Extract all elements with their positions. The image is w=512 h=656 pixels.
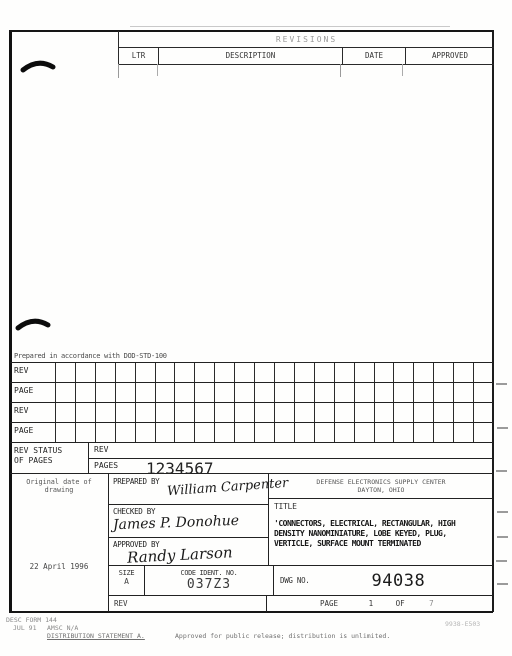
agency-name: DEFENSE ELECTRONICS SUPPLY CENTER <box>269 478 493 486</box>
grid-cell <box>374 423 394 443</box>
grid-cell <box>194 383 214 403</box>
grid-cell <box>393 363 413 383</box>
grid-cell <box>174 363 194 383</box>
scanned-drawing-page: REVISIONS LTR DESCRIPTION DATE APPROVED … <box>0 0 512 656</box>
size-cell: SIZE A <box>109 566 145 595</box>
grid-cell <box>314 403 334 423</box>
grid-cell <box>194 423 214 443</box>
bottom-rev-label: REV <box>109 596 267 612</box>
approved-by-cell: APPROVED BY Randy Larson <box>108 537 268 565</box>
original-date-label-line1: Original date of <box>10 478 108 486</box>
page-number-cell: 4 <box>175 459 185 473</box>
rev-grid-row: PAGE <box>10 422 493 443</box>
scan-dash <box>496 560 507 562</box>
distribution-statement-label: DISTRIBUTION STATEMENT A. <box>47 632 145 640</box>
grid-cell <box>334 363 354 383</box>
grid-cell <box>274 383 294 403</box>
grid-cell <box>354 403 374 423</box>
drawing-title-line1: 'CONNECTORS, ELECTRICAL, RECTANGULAR, HI… <box>274 519 493 529</box>
grid-cell <box>174 423 194 443</box>
form-date: JUL 91 <box>13 624 36 632</box>
page-number-cell: 1 <box>146 459 156 473</box>
grid-cell <box>75 423 95 443</box>
grid-cell <box>413 363 433 383</box>
revisions-title: REVISIONS <box>276 35 337 44</box>
grid-cell <box>254 403 274 423</box>
bottom-rev-row: REV PAGE 1 OF 7 <box>108 595 493 612</box>
grid-cell <box>135 403 155 423</box>
page-number-cell: 5 <box>185 459 195 473</box>
grid-cell <box>473 403 493 423</box>
grid-cell <box>334 423 354 443</box>
grid-cell <box>234 423 254 443</box>
scan-ghost-line <box>130 26 450 27</box>
grid-cell <box>453 423 473 443</box>
page-number-cell: 3 <box>165 459 175 473</box>
dwg-no-value: 94038 <box>372 571 426 591</box>
grid-cell <box>214 363 234 383</box>
size-row: SIZE A CODE IDENT. NO. 037Z3 DWG NO. 940… <box>108 565 493 595</box>
grid-cell <box>334 403 354 423</box>
grid-cell <box>155 363 175 383</box>
grid-cell <box>135 423 155 443</box>
amsc-note: AMSC N/A <box>47 624 78 632</box>
grid-cell <box>413 403 433 423</box>
grid-cell <box>334 383 354 403</box>
grid-cell <box>95 383 115 403</box>
title-label: TITLE <box>274 502 493 511</box>
original-date-label-line2: drawing <box>10 486 108 494</box>
grid-cell <box>374 383 394 403</box>
grid-cell <box>374 363 394 383</box>
grid-cell <box>433 403 453 423</box>
form-number: DESC FORM 144 <box>6 616 57 624</box>
column-stub-line <box>340 64 341 77</box>
grid-cell <box>473 383 493 403</box>
scan-dash <box>496 383 507 385</box>
distribution-statement-text: Approved for public release; distributio… <box>175 632 390 640</box>
column-header-approved: APPROVED <box>406 47 494 64</box>
grid-cell <box>274 363 294 383</box>
grid-cell <box>294 423 314 443</box>
grid-cell <box>115 423 135 443</box>
status-pages-row: PAGES 1 2 3 4 5 6 7 <box>88 458 493 473</box>
dod-std-note: Prepared in accordance with DOD-STD-100 <box>14 352 167 360</box>
rev-grid-row: REV <box>10 402 493 423</box>
grid-cell <box>214 383 234 403</box>
grid-cell <box>174 383 194 403</box>
grid-cell <box>433 383 453 403</box>
grid-cell <box>354 423 374 443</box>
page-of-cell: PAGE 1 OF 7 <box>267 596 493 612</box>
scan-dash <box>497 583 508 585</box>
grid-cell <box>174 403 194 423</box>
grid-cell <box>274 423 294 443</box>
grid-cell <box>354 363 374 383</box>
grid-cell <box>155 423 175 443</box>
scan-dash <box>496 470 507 472</box>
grid-cell <box>135 363 155 383</box>
rev-grid-row-label: REV <box>10 363 55 383</box>
scan-mark-icon <box>15 315 51 333</box>
doc-ref-number: 9938-E503 <box>445 620 480 628</box>
checked-by-cell: CHECKED BY James P. Donohue <box>108 504 268 537</box>
grid-cell <box>55 403 75 423</box>
prepared-by-cell: PREPARED BY William Carpenter <box>108 473 268 504</box>
agency-box: DEFENSE ELECTRONICS SUPPLY CENTER DAYTON… <box>268 473 493 499</box>
grid-cell <box>234 403 254 423</box>
grid-cell <box>115 403 135 423</box>
grid-cell <box>55 363 75 383</box>
drawing-title-line2: DENSITY NANOMINIATURE, LOBE KEYED, PLUG, <box>274 529 493 539</box>
status-pages-label: PAGES <box>89 459 146 473</box>
grid-cell <box>254 423 274 443</box>
grid-cell <box>294 363 314 383</box>
grid-cell <box>95 363 115 383</box>
drawing-title-line3: VERTICLE, SURFACE MOUNT TERMINATED <box>274 539 493 549</box>
scan-mark-icon <box>20 57 56 75</box>
scan-dash <box>497 536 508 538</box>
grid-cell <box>473 423 493 443</box>
grid-cell <box>274 403 294 423</box>
grid-cell <box>433 363 453 383</box>
grid-cell <box>155 403 175 423</box>
column-header-description: DESCRIPTION <box>159 47 343 64</box>
grid-cell <box>433 423 453 443</box>
original-date-label: Original date of drawing <box>10 478 108 494</box>
grid-cell <box>453 363 473 383</box>
rev-grid-row: REV <box>10 362 493 383</box>
status-rev-row: REV <box>88 442 493 458</box>
page-number-cell: 2 <box>156 459 166 473</box>
grid-cell <box>314 383 334 403</box>
grid-cell <box>95 423 115 443</box>
revisions-column-row: LTR DESCRIPTION DATE APPROVED <box>118 47 494 65</box>
rev-grid-row: PAGE <box>10 382 493 403</box>
original-date-value: 22 April 1996 <box>10 562 108 571</box>
original-date-box: Original date of drawing 22 April 1996 <box>10 473 108 612</box>
grid-cell <box>393 403 413 423</box>
grid-cell <box>55 423 75 443</box>
grid-cell <box>453 403 473 423</box>
grid-cell <box>374 403 394 423</box>
grid-cell <box>214 423 234 443</box>
grid-cell <box>473 363 493 383</box>
dwg-no-cell: DWG NO. 94038 <box>274 566 493 595</box>
grid-cell <box>234 383 254 403</box>
scan-dash <box>497 511 508 513</box>
revisions-header: REVISIONS <box>118 31 494 48</box>
column-stub-line <box>118 64 119 78</box>
grid-cell <box>155 383 175 403</box>
column-header-ltr: LTR <box>119 47 159 64</box>
grid-cell <box>254 383 274 403</box>
rev-grid-row-label: PAGE <box>10 383 55 403</box>
grid-cell <box>393 423 413 443</box>
grid-cell <box>75 403 95 423</box>
status-rev-label: REV <box>89 443 146 458</box>
rev-grid-row-label: PAGE <box>10 423 55 443</box>
grid-cell <box>254 363 274 383</box>
rev-status-of-pages-label: REV STATUS OF PAGES <box>10 442 88 473</box>
scan-dash <box>497 427 508 429</box>
grid-cell <box>234 363 254 383</box>
rev-status-line2: OF PAGES <box>14 456 88 466</box>
rev-grid-row-label: REV <box>10 403 55 423</box>
grid-cell <box>354 383 374 403</box>
column-stub-line <box>402 64 403 76</box>
size-label: SIZE <box>109 569 144 577</box>
grid-cell <box>393 383 413 403</box>
grid-cell <box>314 363 334 383</box>
rev-status-line1: REV STATUS <box>14 446 88 456</box>
grid-cell <box>55 383 75 403</box>
title-box: TITLE 'CONNECTORS, ELECTRICAL, RECTANGUL… <box>268 499 493 565</box>
grid-cell <box>453 383 473 403</box>
of-value: 7 <box>429 599 434 608</box>
grid-cell <box>214 403 234 423</box>
dwg-no-label: DWG NO. <box>280 576 310 585</box>
agency-location: DAYTON, OHIO <box>269 486 493 494</box>
page-number-cell: 7 <box>204 459 214 473</box>
grid-cell <box>95 403 115 423</box>
code-ident-value: 037Z3 <box>145 577 273 592</box>
grid-cell <box>75 383 95 403</box>
grid-cell <box>194 403 214 423</box>
checked-by-signature: James P. Donohue <box>113 513 240 533</box>
page-number-cell: 6 <box>194 459 204 473</box>
grid-cell <box>115 383 135 403</box>
code-ident-cell: CODE IDENT. NO. 037Z3 <box>145 566 274 595</box>
grid-cell <box>294 383 314 403</box>
grid-cell <box>115 363 135 383</box>
grid-cell <box>294 403 314 423</box>
page-value: 1 <box>369 599 374 608</box>
grid-cell <box>135 383 155 403</box>
code-ident-label: CODE IDENT. NO. <box>145 569 273 577</box>
grid-cell <box>75 363 95 383</box>
grid-cell <box>314 423 334 443</box>
page-label: PAGE <box>320 599 338 608</box>
grid-cell <box>413 423 433 443</box>
of-label: OF <box>396 599 405 608</box>
column-stub-line <box>157 64 158 76</box>
column-header-date: DATE <box>343 47 406 64</box>
grid-cell <box>194 363 214 383</box>
grid-cell <box>413 383 433 403</box>
size-value: A <box>109 577 144 586</box>
